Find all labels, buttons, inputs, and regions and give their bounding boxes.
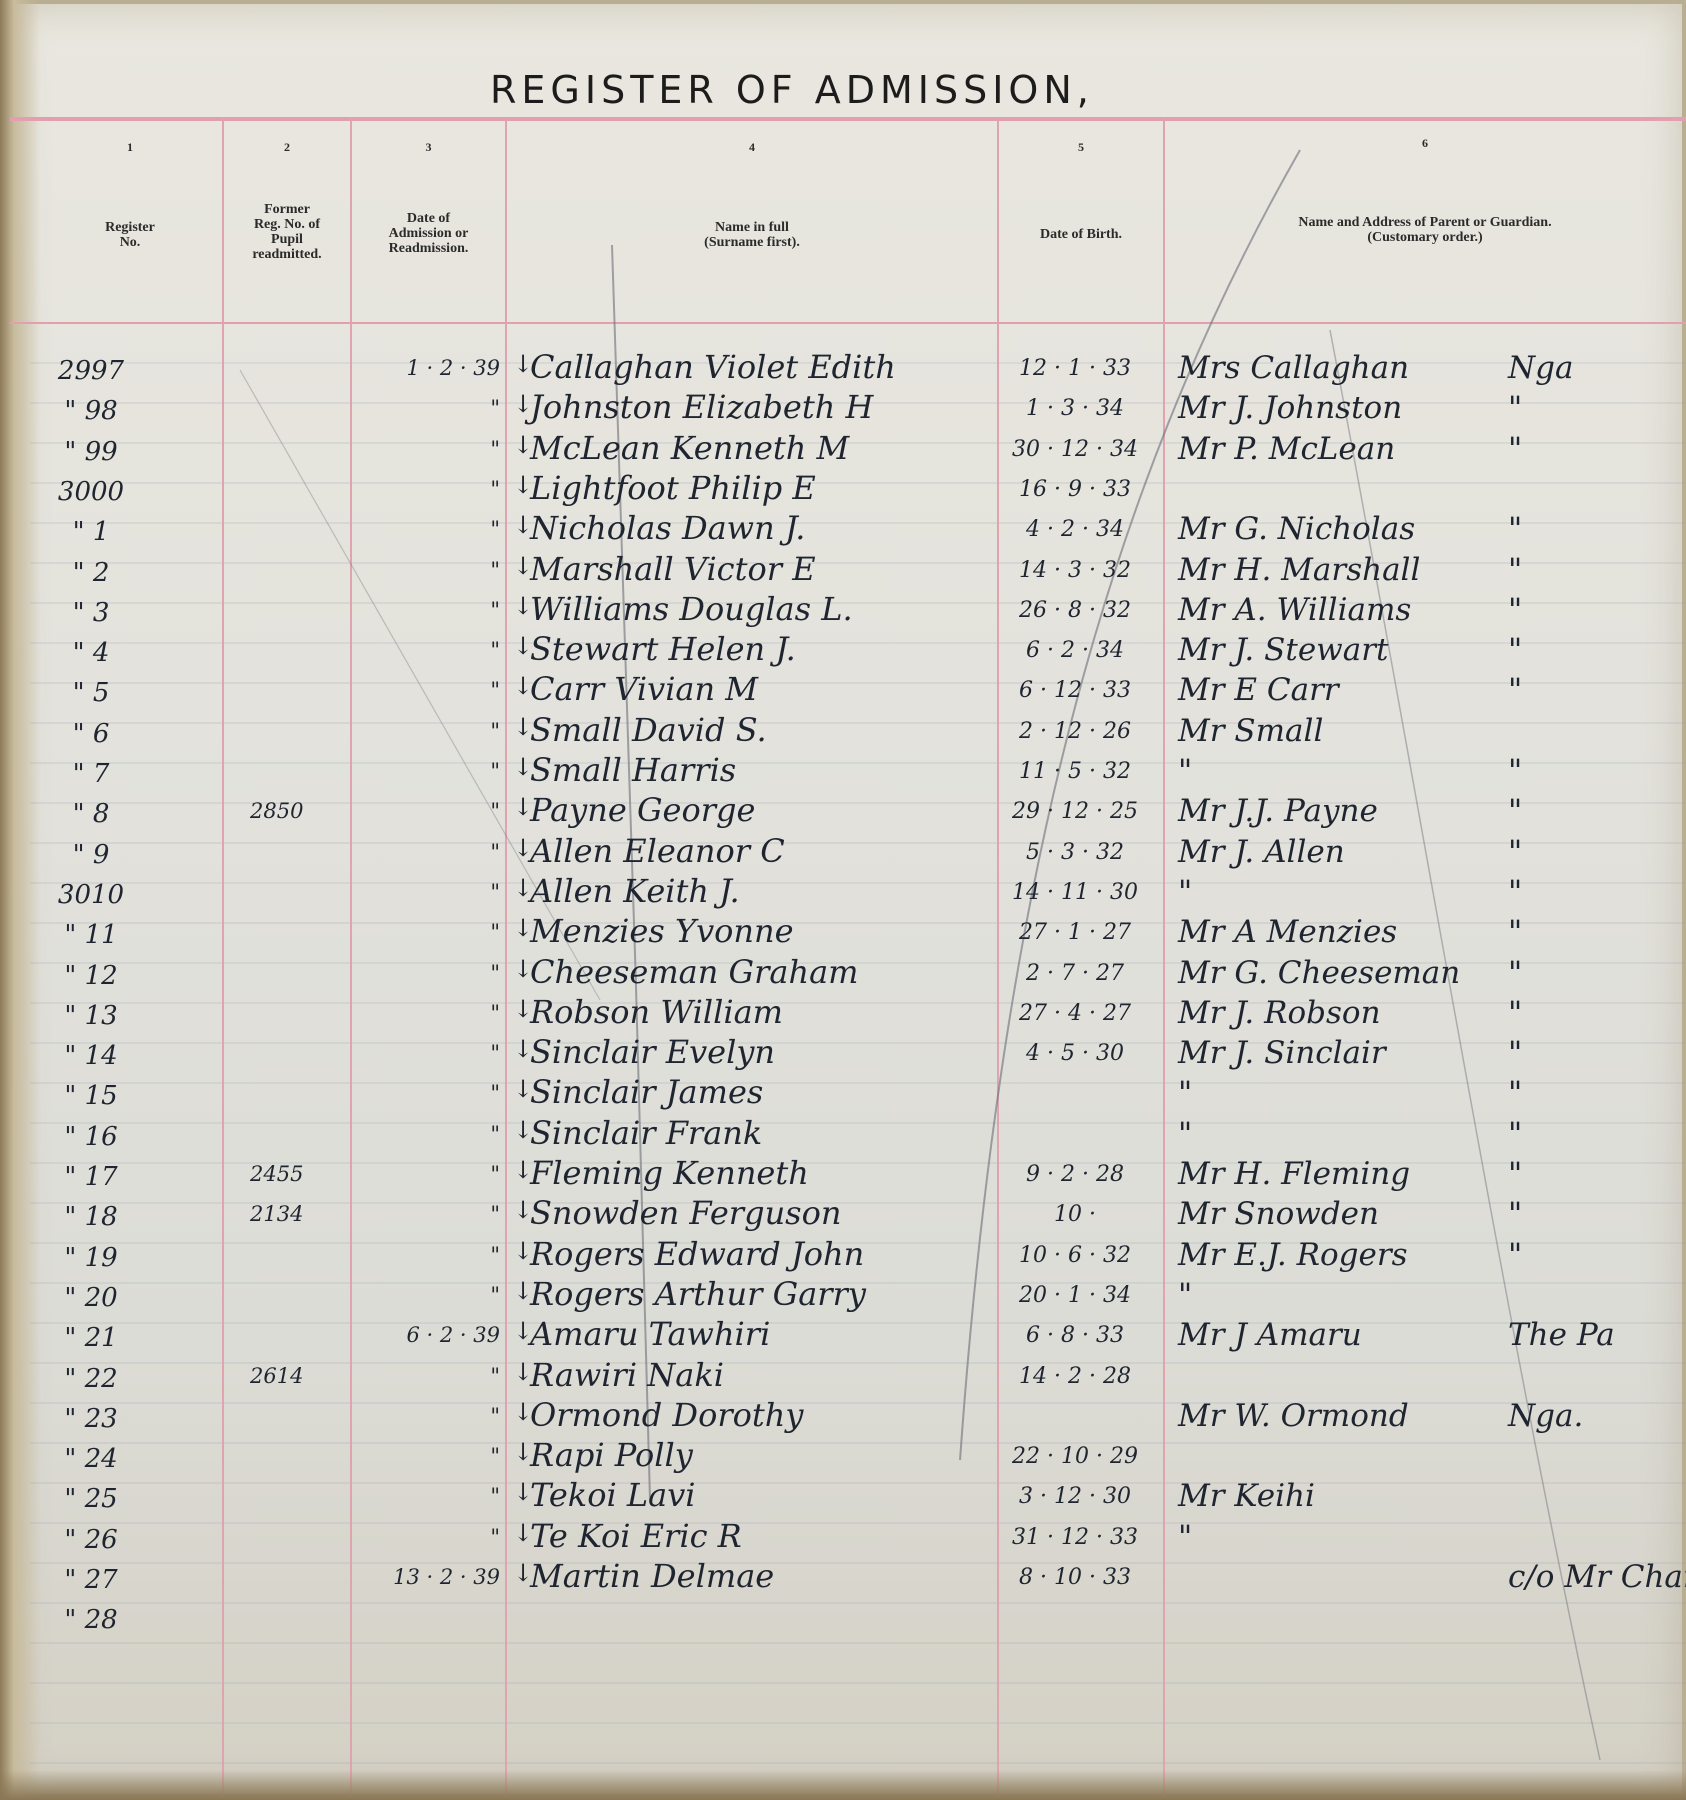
register-number-cell: " 6 [32, 719, 150, 749]
date-of-birth-cell: 20 · 1 · 34 [1000, 1283, 1150, 1308]
guardian-name: Mr J. Robson [1178, 995, 1381, 1031]
guardian-name: Mr W. Ormond [1178, 1398, 1409, 1434]
column-number: 6 [1165, 136, 1685, 151]
check-tick-icon: ↓ [513, 1196, 533, 1224]
guardian-address: " [1508, 511, 1522, 547]
register-number-cell: " 25 [32, 1484, 150, 1514]
register-number-cell: " 12 [32, 961, 150, 991]
check-tick-icon: ↓ [513, 471, 533, 499]
check-tick-icon: ↓ [513, 1075, 533, 1103]
admission-date-cell: " [370, 1202, 500, 1226]
admission-date-cell: " [370, 1162, 500, 1186]
former-reg-cell: 2455 [250, 1162, 350, 1186]
admission-date-cell: " [370, 1444, 500, 1468]
check-tick-icon: ↓ [513, 834, 533, 862]
guardian-name: Mr G. Cheeseman [1178, 955, 1460, 991]
admission-date-cell: 1 · 2 · 39 [370, 356, 500, 380]
register-number-cell: " 11 [32, 920, 150, 950]
date-of-birth-cell: 2 · 7 · 27 [1000, 961, 1150, 986]
register-number-cell: " 24 [32, 1444, 150, 1474]
check-tick-icon: ↓ [513, 874, 533, 902]
check-tick-icon: ↓ [513, 713, 533, 741]
admission-date-cell: " [370, 1041, 500, 1065]
guardian-cell: Mr J. Johnston" [1178, 390, 1598, 426]
guardian-address: " [1508, 874, 1522, 910]
header-line: Name in full [507, 220, 997, 235]
header-line: No. [40, 235, 220, 250]
pupil-name-cell: Small David S. [530, 711, 1000, 749]
guardian-cell: Mr Small [1178, 713, 1598, 749]
guardian-cell: Mr J.J. Payne" [1178, 793, 1598, 829]
register-number-cell: " 21 [32, 1323, 150, 1353]
register-number-cell: " 8 [32, 799, 150, 829]
register-number-cell: " 98 [32, 396, 150, 426]
admission-date-cell: " [370, 396, 500, 420]
guardian-cell: Mr J AmaruThe Pa [1178, 1317, 1598, 1353]
column-number: 3 [352, 140, 505, 155]
check-tick-icon: ↓ [513, 1156, 533, 1184]
register-number-cell: " 27 [32, 1565, 150, 1595]
admission-date-cell: " [370, 1081, 500, 1105]
guardian-cell: Mr J. Stewart" [1178, 632, 1598, 668]
date-of-birth-cell: 26 · 8 · 32 [1000, 598, 1150, 623]
check-tick-icon: ↓ [513, 1559, 533, 1587]
pupil-name-cell: Menzies Yvonne [530, 912, 1000, 950]
admission-date-cell: " [370, 1404, 500, 1428]
guardian-address: " [1508, 1237, 1522, 1273]
guardian-cell: "" [1178, 753, 1598, 789]
pupil-name-cell: Lightfoot Philip E [530, 469, 1000, 507]
guardian-name: Mr A. Williams [1178, 592, 1411, 628]
admission-date-cell: " [370, 961, 500, 985]
guardian-cell: Mr J. Sinclair" [1178, 1035, 1598, 1071]
guardian-cell: "" [1178, 1075, 1598, 1111]
check-tick-icon: ↓ [513, 1277, 533, 1305]
guardian-name: Mr Small [1178, 713, 1323, 749]
check-tick-icon: ↓ [513, 1519, 533, 1547]
date-of-birth-cell: 14 · 3 · 32 [1000, 558, 1150, 583]
check-tick-icon: ↓ [513, 592, 533, 620]
guardian-address: " [1508, 672, 1522, 708]
pupil-name-cell: Snowden Ferguson [530, 1194, 1000, 1232]
register-number-cell: 3000 [32, 477, 150, 507]
header-top-rule [10, 117, 1686, 121]
guardian-name: " [1178, 1075, 1192, 1111]
date-of-birth-cell: 22 · 10 · 29 [1000, 1444, 1150, 1469]
guardian-cell: " [1178, 1519, 1598, 1555]
guardian-cell: Mr J. Allen" [1178, 834, 1598, 870]
register-number-cell: " 20 [32, 1283, 150, 1313]
column-header-guardian: Name and Address of Parent or Guardian. … [1165, 215, 1685, 245]
admission-date-cell: " [370, 1484, 500, 1508]
register-number-cell: " 17 [32, 1162, 150, 1192]
guardian-address: " [1508, 592, 1522, 628]
header-line: Admission or [352, 226, 505, 241]
admission-date-cell: 6 · 2 · 39 [370, 1323, 500, 1347]
register-number-cell: " 3 [32, 598, 150, 628]
admission-date-cell: " [370, 840, 500, 864]
column-divider [350, 117, 352, 1797]
header-line: readmitted. [224, 247, 350, 262]
date-of-birth-cell: 16 · 9 · 33 [1000, 477, 1150, 502]
guardian-address: " [1508, 431, 1522, 467]
admission-date-cell: " [370, 1122, 500, 1146]
guardian-cell: Mr Keihi [1178, 1478, 1598, 1514]
register-number-cell: " 26 [32, 1525, 150, 1555]
date-of-birth-cell: 4 · 2 · 34 [1000, 517, 1150, 542]
check-tick-icon: ↓ [513, 672, 533, 700]
guardian-name: Mr P. McLean [1178, 431, 1395, 467]
pupil-name-cell: Small Harris [530, 751, 1000, 789]
pupil-name-cell: Martin Delmae [530, 1557, 1000, 1595]
check-tick-icon: ↓ [513, 1116, 533, 1144]
guardian-cell: Mr H. Fleming" [1178, 1156, 1598, 1192]
check-tick-icon: ↓ [513, 793, 533, 821]
date-of-birth-cell: 6 · 2 · 34 [1000, 638, 1150, 663]
guardian-address: " [1508, 1116, 1522, 1152]
guardian-name: Mr J. Allen [1178, 834, 1345, 870]
guardian-name: Mr G. Nicholas [1178, 511, 1415, 547]
guardian-cell: Mr A. Williams" [1178, 592, 1598, 628]
check-tick-icon: ↓ [513, 1438, 533, 1466]
date-of-birth-cell: 12 · 1 · 33 [1000, 356, 1150, 381]
check-tick-icon: ↓ [513, 1317, 533, 1345]
guardian-address: " [1508, 632, 1522, 668]
guardian-address: " [1508, 1035, 1522, 1071]
guardian-name: Mr J. Johnston [1178, 390, 1402, 426]
register-number-cell: " 14 [32, 1041, 150, 1071]
column-header-admission-date: Date of Admission or Readmission. [352, 211, 505, 256]
guardian-cell: Mr Snowden" [1178, 1196, 1598, 1232]
guardian-name: Mr J. Sinclair [1178, 1035, 1386, 1071]
register-number-cell: " 99 [32, 437, 150, 467]
admission-date-cell: " [370, 880, 500, 904]
column-divider [505, 117, 507, 1797]
header-bottom-rule [10, 322, 1686, 324]
pupil-name-cell: Rapi Polly [530, 1436, 1000, 1474]
pupil-name-cell: Marshall Victor E [530, 550, 1000, 588]
guardian-cell: Mr A Menzies" [1178, 914, 1598, 950]
page-title: REGISTER OF ADMISSION, [490, 68, 1310, 112]
page-worn-bottom [0, 1770, 1686, 1800]
admission-date-cell: " [370, 638, 500, 662]
guardian-cell: "" [1178, 874, 1598, 910]
former-reg-cell: 2134 [250, 1202, 350, 1226]
date-of-birth-cell: 31 · 12 · 33 [1000, 1525, 1150, 1550]
guardian-address: " [1508, 753, 1522, 789]
pupil-name-cell: McLean Kenneth M [530, 429, 1000, 467]
admission-date-cell: " [370, 477, 500, 501]
admission-date-cell: " [370, 678, 500, 702]
check-tick-icon: ↓ [513, 431, 533, 459]
pupil-name-cell: Rogers Edward John [530, 1235, 1000, 1273]
guardian-address: " [1508, 995, 1522, 1031]
header-line: (Customary order.) [1165, 230, 1685, 245]
date-of-birth-cell: 27 · 4 · 27 [1000, 1001, 1150, 1026]
pupil-name-cell: Sinclair Frank [530, 1114, 1000, 1152]
admission-date-cell: " [370, 1243, 500, 1267]
pupil-name-cell: Nicholas Dawn J. [530, 509, 1000, 547]
register-number-cell: " 28 [32, 1605, 150, 1635]
register-number-cell: " 9 [32, 840, 150, 870]
guardian-address: The Pa [1508, 1317, 1615, 1353]
column-number: 1 [40, 140, 220, 155]
guardian-address: " [1508, 914, 1522, 950]
date-of-birth-cell: 11 · 5 · 32 [1000, 759, 1150, 784]
guardian-name: Mr Snowden [1178, 1196, 1379, 1232]
register-number-cell: " 1 [32, 517, 150, 547]
check-tick-icon: ↓ [513, 390, 533, 418]
admission-date-cell: " [370, 558, 500, 582]
date-of-birth-cell: 5 · 3 · 32 [1000, 840, 1150, 865]
guardian-address: Nga [1508, 350, 1573, 386]
guardian-name: Mr H. Marshall [1178, 552, 1420, 588]
register-number-cell: " 16 [32, 1122, 150, 1152]
pupil-name-cell: Allen Eleanor C [530, 832, 1000, 870]
register-number-cell: " 13 [32, 1001, 150, 1031]
admission-date-cell: " [370, 437, 500, 461]
pupil-name-cell: Sinclair James [530, 1073, 1000, 1111]
guardian-name: Mr Keihi [1178, 1478, 1315, 1514]
pupil-name-cell: Ormond Dorothy [530, 1396, 1000, 1434]
pupil-name-cell: Carr Vivian M [530, 670, 1000, 708]
check-tick-icon: ↓ [513, 1237, 533, 1265]
column-header-former-reg: Former Reg. No. of Pupil readmitted. [224, 202, 350, 262]
header-line: Date of Birth. [999, 227, 1163, 242]
admission-date-cell: " [370, 1283, 500, 1307]
check-tick-icon: ↓ [513, 1358, 533, 1386]
guardian-cell: Mr E.J. Rogers" [1178, 1237, 1598, 1273]
date-of-birth-cell: 29 · 12 · 25 [1000, 799, 1150, 824]
guardian-cell: Mr G. Cheeseman" [1178, 955, 1598, 991]
register-number-cell: " 2 [32, 558, 150, 588]
guardian-cell: Mrs CallaghanNga [1178, 350, 1598, 386]
former-reg-cell: 2614 [250, 1364, 350, 1388]
date-of-birth-cell: 10 · 6 · 32 [1000, 1243, 1150, 1268]
date-of-birth-cell: 2 · 12 · 26 [1000, 719, 1150, 744]
guardian-address: " [1508, 793, 1522, 829]
header-line: Reg. No. of [224, 217, 350, 232]
guardian-address: Nga. [1508, 1398, 1583, 1434]
guardian-address: " [1508, 834, 1522, 870]
pupil-name-cell: Callaghan Violet Edith [530, 348, 1000, 386]
date-of-birth-cell: 8 · 10 · 33 [1000, 1565, 1150, 1590]
pupil-name-cell: Rogers Arthur Garry [530, 1275, 1000, 1313]
guardian-name: Mr J. Stewart [1178, 632, 1388, 668]
check-tick-icon: ↓ [513, 632, 533, 660]
guardian-address: " [1508, 1075, 1522, 1111]
header-line: Register [40, 220, 220, 235]
guardian-name: Mr E.J. Rogers [1178, 1237, 1408, 1273]
guardian-name: Mr J Amaru [1178, 1317, 1362, 1353]
pupil-name-cell: Allen Keith J. [530, 872, 1000, 910]
date-of-birth-cell: 14 · 11 · 30 [1000, 880, 1150, 905]
guardian-cell: Mr J. Robson" [1178, 995, 1598, 1031]
guardian-name: " [1178, 1277, 1192, 1313]
register-number-cell: " 15 [32, 1081, 150, 1111]
pupil-name-cell: Amaru Tawhiri [530, 1315, 1000, 1353]
column-number: 4 [507, 140, 997, 155]
guardian-address: " [1508, 552, 1522, 588]
check-tick-icon: ↓ [513, 552, 533, 580]
column-divider [222, 117, 224, 1797]
header-line: Name and Address of Parent or Guardian. [1165, 215, 1685, 230]
date-of-birth-cell: 14 · 2 · 28 [1000, 1364, 1150, 1389]
check-tick-icon: ↓ [513, 914, 533, 942]
header-line: Former [224, 202, 350, 217]
date-of-birth-cell: 6 · 8 · 33 [1000, 1323, 1150, 1348]
column-header-register-no: Register No. [40, 220, 220, 250]
pupil-name-cell: Tekoi Lavi [530, 1476, 1000, 1514]
guardian-cell: Mr H. Marshall" [1178, 552, 1598, 588]
former-reg-cell: 2850 [250, 799, 350, 823]
guardian-cell: Mr W. OrmondNga. [1178, 1398, 1598, 1434]
register-number-cell: 2997 [32, 356, 150, 386]
guardian-name: Mr A Menzies [1178, 914, 1397, 950]
pupil-name-cell: Stewart Helen J. [530, 630, 1000, 668]
date-of-birth-cell: 27 · 1 · 27 [1000, 920, 1150, 945]
column-number: 5 [999, 140, 1163, 155]
column-header-name: Name in full (Surname first). [507, 220, 997, 250]
register-number-cell: " 4 [32, 638, 150, 668]
guardian-name: " [1178, 1116, 1192, 1152]
guardian-address: c/o Mr Chaney [1508, 1559, 1686, 1595]
pupil-name-cell: Te Koi Eric R [530, 1517, 1000, 1555]
header-line: Readmission. [352, 241, 505, 256]
check-tick-icon: ↓ [513, 350, 533, 378]
date-of-birth-cell: 30 · 12 · 34 [1000, 437, 1150, 462]
guardian-address: " [1508, 1156, 1522, 1192]
admission-date-cell: " [370, 1001, 500, 1025]
register-number-cell: " 22 [32, 1364, 150, 1394]
check-tick-icon: ↓ [513, 955, 533, 983]
guardian-name: " [1178, 874, 1192, 910]
pupil-name-cell: Sinclair Evelyn [530, 1033, 1000, 1071]
header-line: (Surname first). [507, 235, 997, 250]
header-line: Date of [352, 211, 505, 226]
register-number-cell: " 23 [32, 1404, 150, 1434]
pupil-name-cell: Payne George [530, 791, 1000, 829]
register-number-cell: 3010 [32, 880, 150, 910]
guardian-name: Mrs Callaghan [1178, 350, 1409, 386]
admission-date-cell: " [370, 598, 500, 622]
date-of-birth-cell: 4 · 5 · 30 [1000, 1041, 1150, 1066]
column-number: 2 [224, 140, 350, 155]
admission-date-cell: " [370, 799, 500, 823]
guardian-cell: "" [1178, 1116, 1598, 1152]
guardian-address: " [1508, 1196, 1522, 1232]
admission-date-cell: 13 · 2 · 39 [370, 1565, 500, 1589]
admission-date-cell: " [370, 1364, 500, 1388]
guardian-name: Mr J.J. Payne [1178, 793, 1378, 829]
guardian-name: Mr H. Fleming [1178, 1156, 1410, 1192]
guardian-cell: Mr G. Nicholas" [1178, 511, 1598, 547]
register-number-cell: " 7 [32, 759, 150, 789]
register-number-cell: " 19 [32, 1243, 150, 1273]
guardian-name: " [1178, 1519, 1192, 1555]
check-tick-icon: ↓ [513, 1478, 533, 1506]
admission-date-cell: " [370, 1525, 500, 1549]
date-of-birth-cell: 9 · 2 · 28 [1000, 1162, 1150, 1187]
register-number-cell: " 18 [32, 1202, 150, 1232]
pupil-name-cell: Cheeseman Graham [530, 953, 1000, 991]
admission-date-cell: " [370, 759, 500, 783]
check-tick-icon: ↓ [513, 995, 533, 1023]
guardian-cell: Mr E Carr" [1178, 672, 1598, 708]
guardian-name: " [1178, 753, 1192, 789]
pupil-name-cell: Robson William [530, 993, 1000, 1031]
date-of-birth-cell: 6 · 12 · 33 [1000, 678, 1150, 703]
pupil-name-cell: Rawiri Naki [530, 1356, 1000, 1394]
date-of-birth-cell: 10 · [1000, 1202, 1150, 1227]
check-tick-icon: ↓ [513, 511, 533, 539]
check-tick-icon: ↓ [513, 753, 533, 781]
register-number-cell: " 5 [32, 678, 150, 708]
pupil-name-cell: Fleming Kenneth [530, 1154, 1000, 1192]
column-header-dob: Date of Birth. [999, 227, 1163, 242]
guardian-address: " [1508, 390, 1522, 426]
column-divider [1163, 117, 1165, 1797]
guardian-name: Mr E Carr [1178, 672, 1339, 708]
header-line: Pupil [224, 232, 350, 247]
pupil-name-cell: Johnston Elizabeth H [530, 388, 1000, 426]
pupil-name-cell: Williams Douglas L. [530, 590, 1000, 628]
guardian-cell: Mr P. McLean" [1178, 431, 1598, 467]
admission-date-cell: " [370, 719, 500, 743]
guardian-cell: " [1178, 1277, 1598, 1313]
admission-date-cell: " [370, 517, 500, 541]
date-of-birth-cell: 1 · 3 · 34 [1000, 396, 1150, 421]
guardian-address: " [1508, 955, 1522, 991]
date-of-birth-cell: 3 · 12 · 30 [1000, 1484, 1150, 1509]
check-tick-icon: ↓ [513, 1398, 533, 1426]
check-tick-icon: ↓ [513, 1035, 533, 1063]
admission-date-cell: " [370, 920, 500, 944]
